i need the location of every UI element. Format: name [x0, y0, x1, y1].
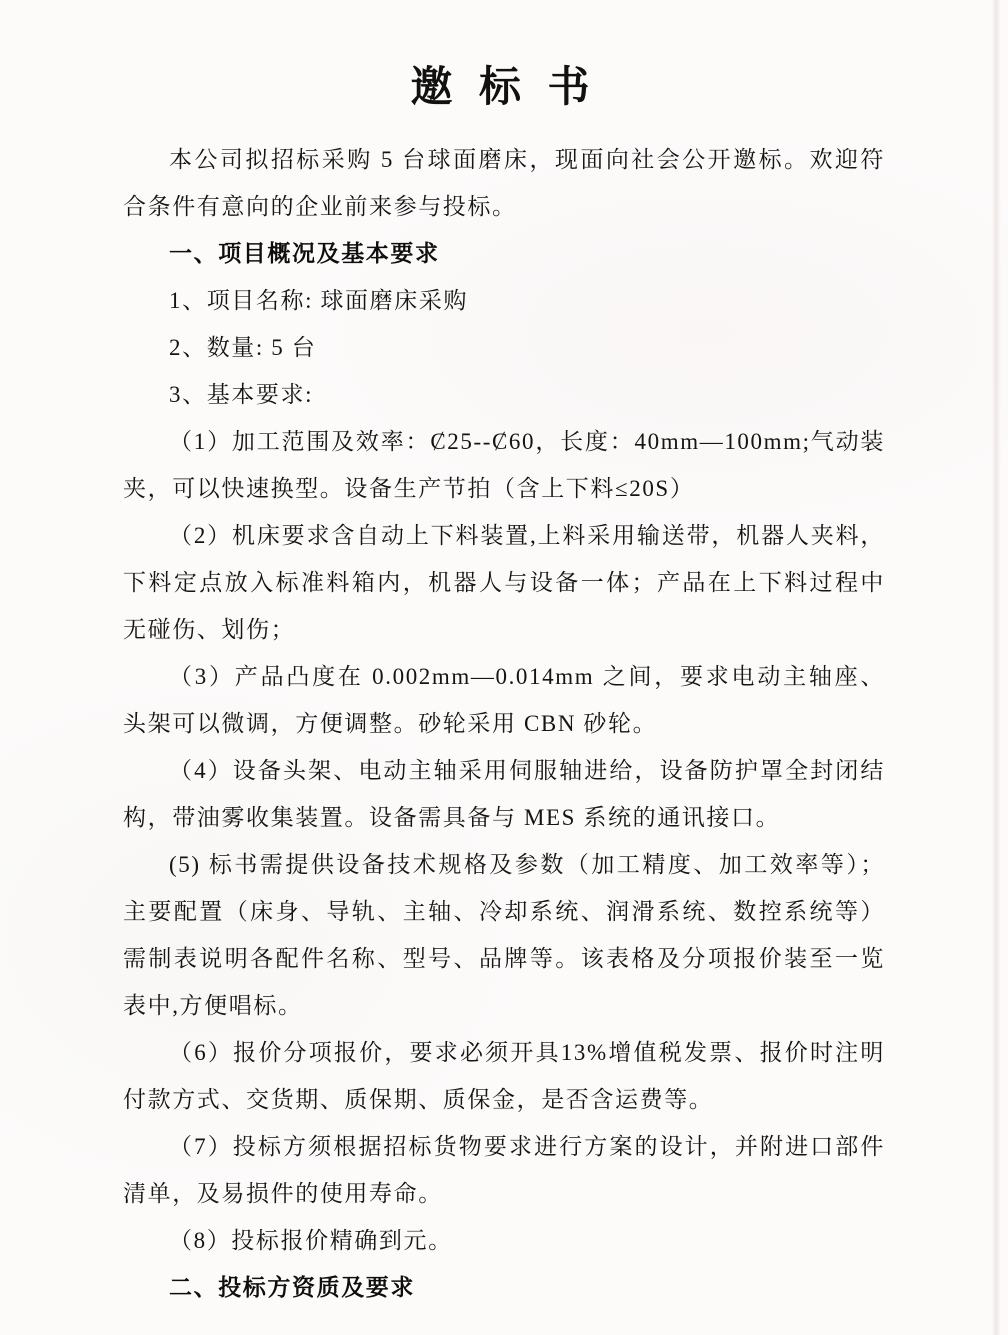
- requirement-8: （8）投标报价精确到元。: [123, 1217, 885, 1264]
- requirement-4: （4）设备头架、电动主轴采用伺服轴进给，设备防护罩全封闭结构，带油雾收集装置。设…: [123, 747, 885, 841]
- requirement-2: （2）机床要求含自动上下料装置,上料采用输送带，机器人夹料，下料定点放入标准料箱…: [123, 512, 885, 653]
- document-title: 邀 标 书: [123, 64, 885, 112]
- section-1-item-project-name: 1、项目名称: 球面磨床采购: [123, 277, 885, 324]
- requirement-3: （3）产品凸度在 0.002mm—0.014mm 之间，要求电动主轴座、头架可以…: [123, 653, 885, 747]
- requirement-6: （6）报价分项报价，要求必须开具13%增值税发票、报价时注明付款方式、交货期、质…: [123, 1029, 885, 1123]
- document-page: 邀 标 书 本公司拟招标采购 5 台球面磨床，现面向社会公开邀标。欢迎符合条件有…: [0, 0, 1008, 1335]
- section-2-heading: 二、投标方资质及要求: [123, 1264, 885, 1311]
- document-body: 本公司拟招标采购 5 台球面磨床，现面向社会公开邀标。欢迎符合条件有意向的企业前…: [123, 136, 885, 1311]
- section-1-item-basic-requirements: 3、基本要求:: [123, 371, 885, 418]
- requirement-5: (5) 标书需提供设备技术规格及参数（加工精度、加工效率等）；主要配置（床身、导…: [123, 841, 885, 1029]
- section-1-heading: 一、项目概况及基本要求: [123, 230, 885, 277]
- requirement-7: （7）投标方须根据招标货物要求进行方案的设计，并附进口部件清单，及易损件的使用寿…: [123, 1123, 885, 1217]
- intro-paragraph: 本公司拟招标采购 5 台球面磨床，现面向社会公开邀标。欢迎符合条件有意向的企业前…: [123, 136, 885, 230]
- section-1-item-quantity: 2、数量: 5 台: [123, 324, 885, 371]
- requirement-1: （1）加工范围及效率：Ȼ25--Ȼ60，长度：40mm—100mm;气动装夹，可…: [123, 418, 885, 512]
